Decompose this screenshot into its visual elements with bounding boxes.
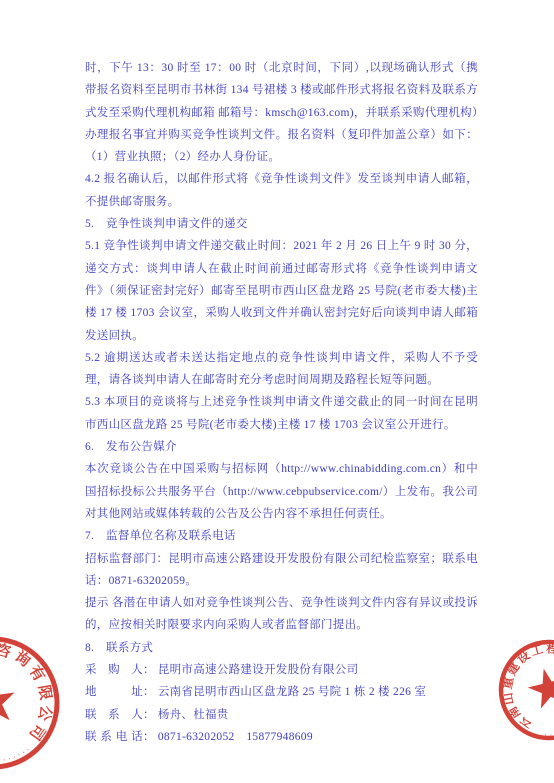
document-body: 时，下午 13：30 时至 17：00 时（北京时间，下同）,以现场确认形式（携… [85, 57, 478, 748]
company-seal-left: 招标咨询有限公司 ········· [0, 633, 63, 773]
seal-serial-marks: ········· [494, 635, 554, 745]
paragraph-continuation: 时，下午 13：30 时至 17：00 时（北京时间，下同）,以现场确认形式（携… [85, 57, 478, 168]
seal-company-text: 招标咨询有限公司 [0, 634, 62, 757]
seal-border [0, 633, 63, 773]
section-heading-5: 5. 竞争性谈判申请文件的递交 [85, 213, 478, 235]
seal-company-text: 云南山重建设工程 [494, 637, 554, 737]
star-icon [524, 664, 554, 711]
paragraph-5-3: 5.3 本项目的竞谈将与上述竞争性谈判申请文件递交截止的同一时间在昆明市西山区盘… [85, 391, 478, 436]
scanned-document-page: { "page": { "background": "#ffffff", "te… [0, 0, 554, 783]
contact-value-phone: 0871-63202052 15877948609 [158, 731, 313, 743]
paragraph-5-2: 5.2 逾期送达或者未送达指定地点的竞争性谈判申请文件，采购人不予受理，请各谈判… [85, 347, 478, 392]
contact-value-purchaser: 昆明市高速公路建设开发股份有限公司 [158, 664, 359, 676]
contact-label-phone: 联系电话 [85, 726, 143, 748]
section-heading-8: 8. 联系方式 [85, 637, 478, 659]
paragraph-supervision: 招标监督部门：昆明市高速公路建设开发股份有限公司纪检监察室；联系电话：0871-… [85, 548, 478, 593]
svg-text:·········: ········· [494, 635, 554, 745]
paragraph-4-2: 4.2 报名确认后，以邮件形式将《竞争性谈判文件》发至谈判申请人邮箱，不提供邮寄… [85, 168, 478, 213]
contact-label-purchaser: 采购人 [85, 659, 143, 681]
svg-text:招标咨询有限公司: 招标咨询有限公司 [0, 634, 62, 757]
contact-label-address: 地址 [85, 681, 143, 703]
company-seal-right: 云南山重建设工程 ········· [494, 635, 554, 745]
contact-row-purchaser: 采购人：昆明市高速公路建设开发股份有限公司 [85, 659, 478, 681]
contact-colon: ： [143, 664, 155, 676]
star-icon [0, 676, 18, 725]
contact-row-address: 地址：云南省昆明市西山区盘龙路 25 号院 1 栋 2 楼 226 室 [85, 681, 478, 703]
svg-text:·········: ········· [0, 745, 31, 765]
contact-row-phone: 联系电话：0871-63202052 15877948609 [85, 726, 478, 748]
contact-label-person: 联系人 [85, 704, 143, 726]
contact-colon: ： [143, 709, 155, 721]
contact-colon: ： [143, 686, 155, 698]
seal-border [494, 635, 554, 745]
paragraph-notice: 提示 各潜在申请人如对竞争性谈判公告、竞争性谈判文件内容有异议或投诉的，应按相关… [85, 592, 478, 637]
paragraph-5-1: 5.1 竞争性谈判申请文件递交截止时间：2021 年 2 月 26 日上午 9 … [85, 235, 478, 346]
section-heading-6: 6. 发布公告媒介 [85, 436, 478, 458]
contact-row-person: 联系人：杨舟、杜福贵 [85, 704, 478, 726]
seal-serial-marks: ········· [0, 745, 31, 765]
contact-colon: ： [143, 731, 155, 743]
contact-value-person: 杨舟、杜福贵 [158, 709, 229, 721]
svg-text:云南山重建设工程: 云南山重建设工程 [494, 637, 554, 737]
paragraph-media: 本次竞谈公告在中国采购与招标网（http://www.chinabidding.… [85, 458, 478, 525]
page: 时，下午 13：30 时至 17：00 时（北京时间，下同）,以现场确认形式（携… [0, 0, 554, 783]
contact-value-address: 云南省昆明市西山区盘龙路 25 号院 1 栋 2 楼 226 室 [158, 686, 426, 698]
section-heading-7: 7. 监督单位名称及联系电话 [85, 525, 478, 547]
